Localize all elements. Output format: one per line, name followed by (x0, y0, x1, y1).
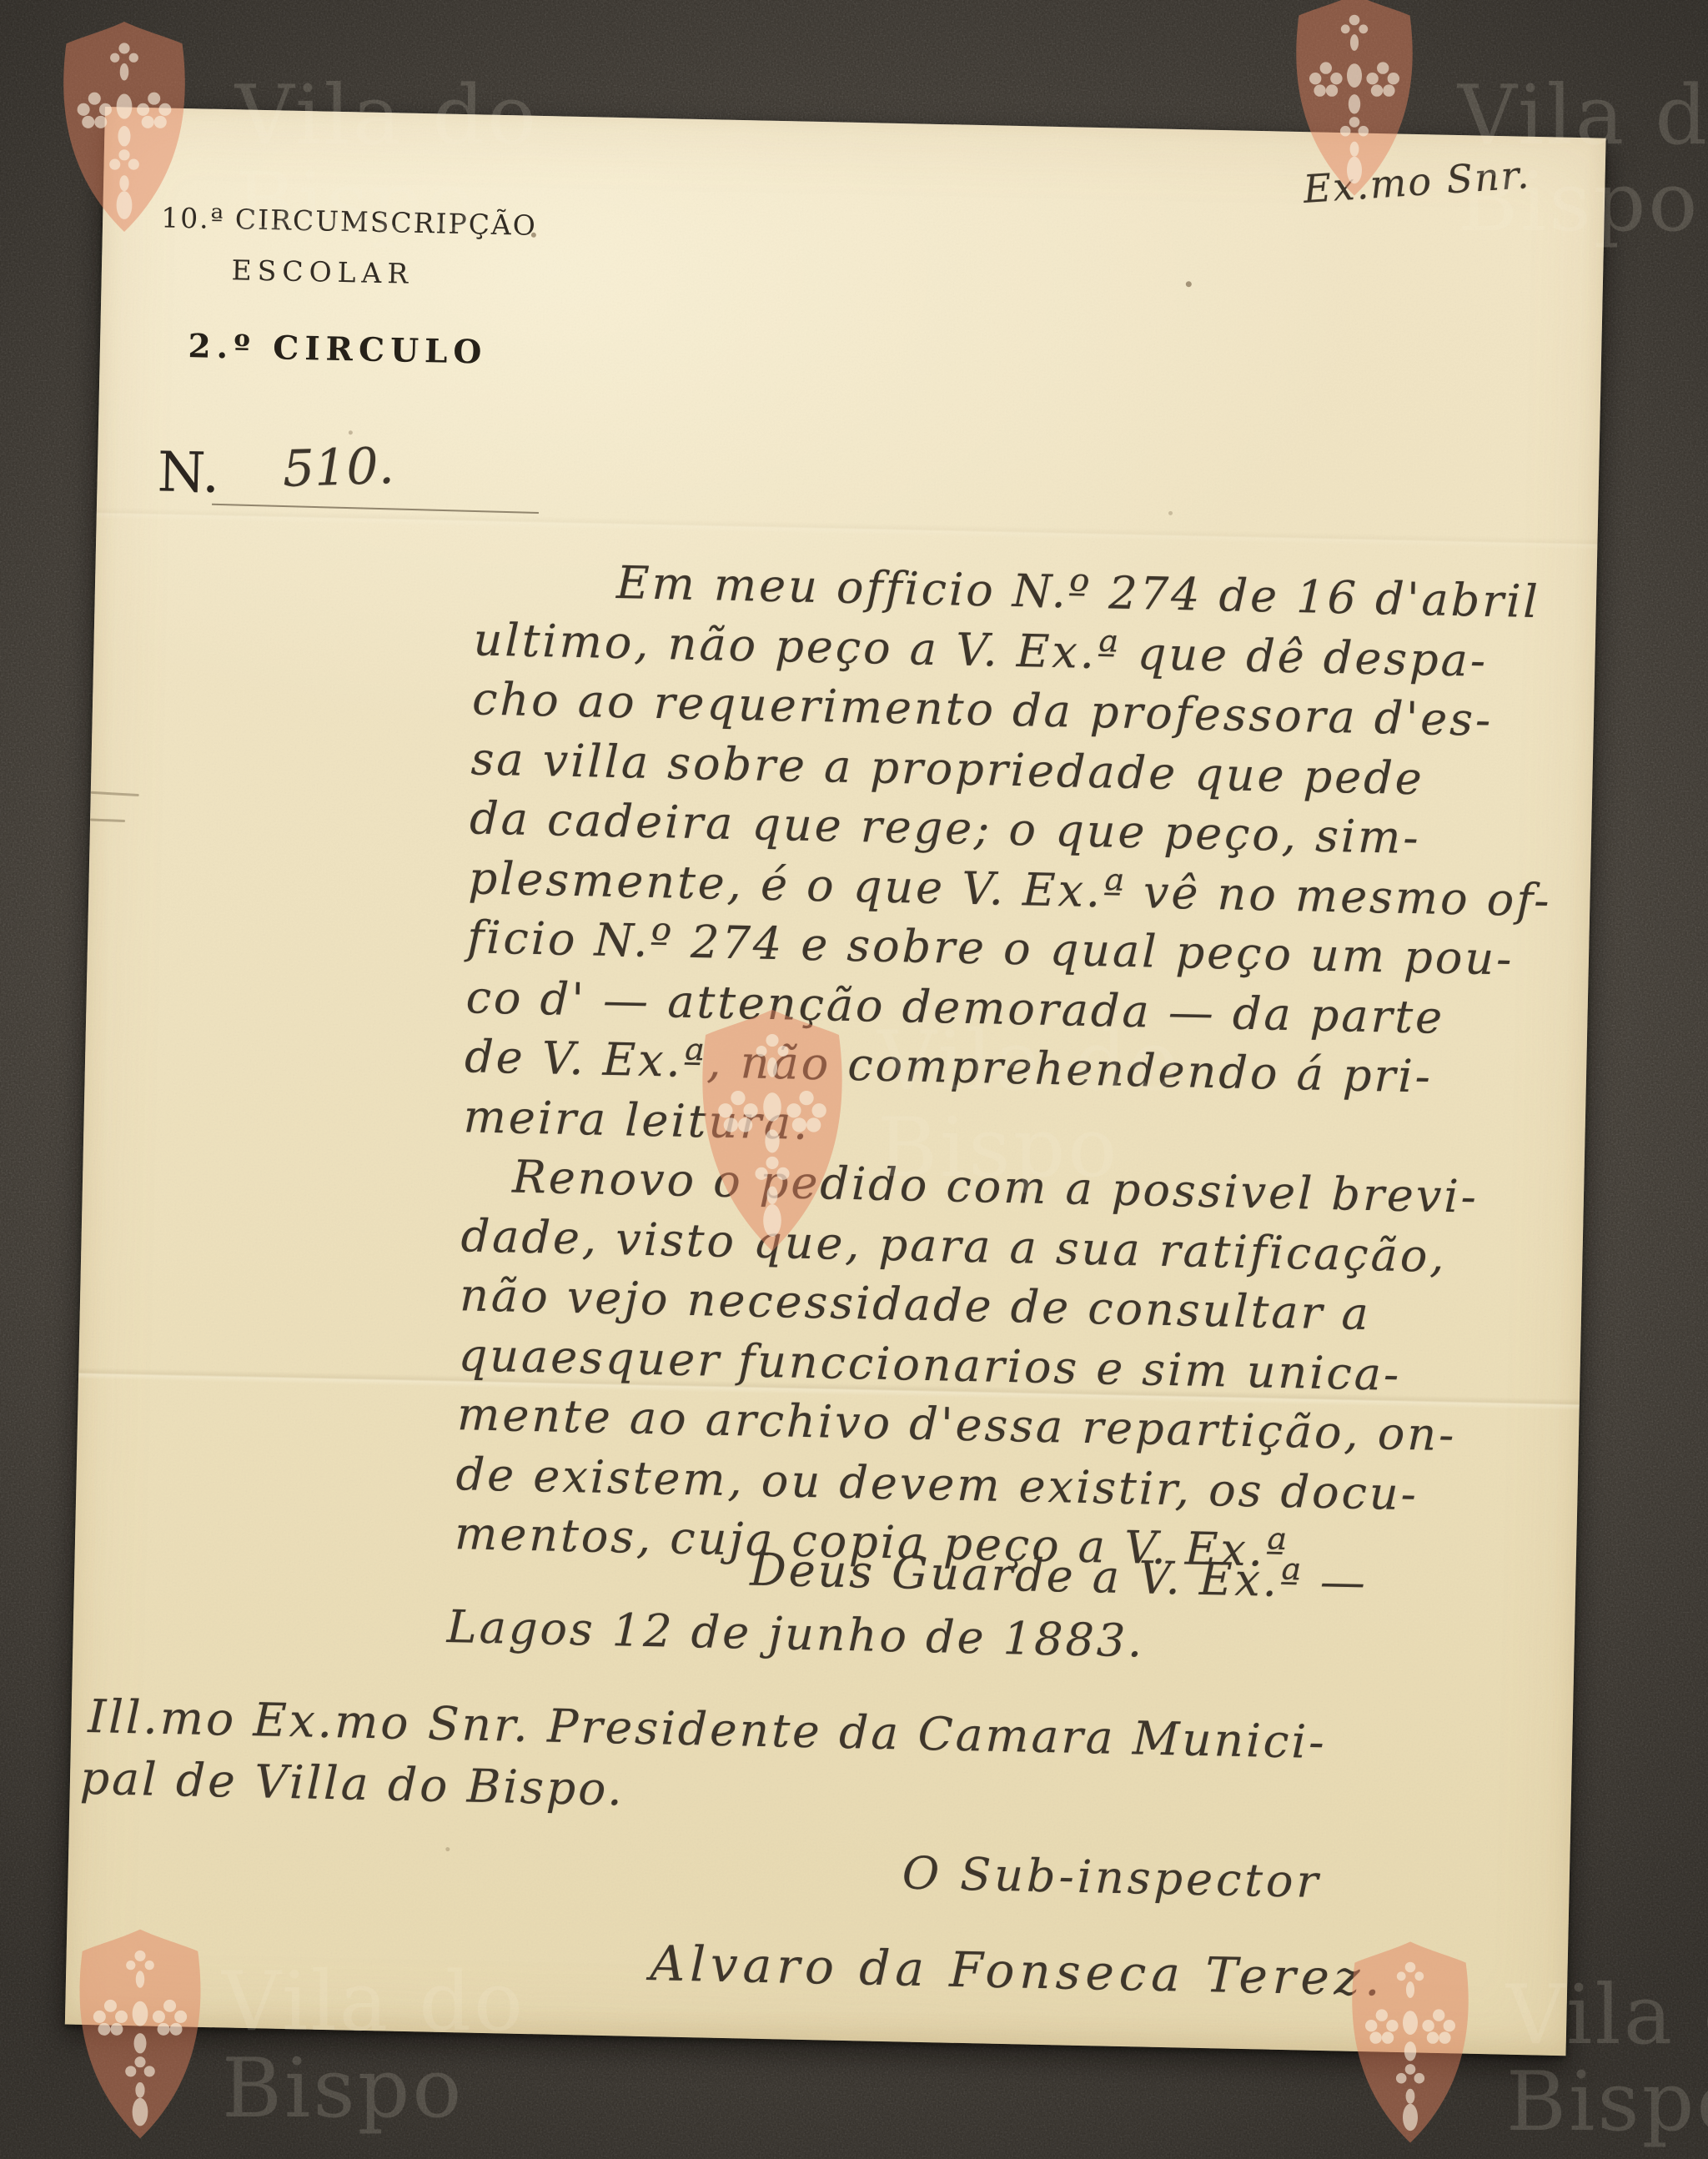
body-line: meira leitura. (463, 1090, 811, 1150)
ink-speck (349, 430, 353, 434)
ink-speck (445, 1847, 450, 1851)
ink-speck (1186, 281, 1192, 287)
signature-title: O Sub-inspector (902, 1846, 1322, 1908)
signature-name: Alvaro da Fonseca Terez. (650, 1935, 1386, 2006)
body-line: da cadeira que rege; o que peço, sim- (470, 791, 1422, 864)
scanned-letter-photo: 10.ª CIRCUMSCRIPÇÃO ESCOLAR 2.º CIRCULO … (0, 0, 1708, 2159)
document-number-rule (212, 504, 539, 514)
letter-body: Em meu officio N.º 274 de 16 d'abrilulti… (105, 107, 1606, 138)
letterhead-circumscription: 10.ª CIRCUMSCRIPÇÃO (161, 201, 487, 240)
paper-fold-nick (91, 791, 139, 796)
document-number-value: 510. (282, 437, 395, 499)
body-line: Em meu officio N.º 274 de 16 d'abril (616, 556, 1541, 628)
document-number-label: N. (157, 439, 220, 505)
watermark-text-line2: Bispo (222, 2046, 525, 2133)
paper-crease (97, 507, 1598, 550)
watermark-text-line2: Bispo (1506, 2060, 1708, 2146)
letter-paper-sheet: 10.ª CIRCUMSCRIPÇÃO ESCOLAR 2.º CIRCULO … (65, 107, 1606, 2056)
letterhead-escolar: ESCOLAR (160, 252, 486, 291)
addressee-line2: pal de Villa do Bispo. (79, 1751, 625, 1816)
paper-fold-nick (90, 818, 125, 822)
letterhead-circle: 2.º CIRCULO (179, 327, 497, 372)
letterhead: 10.ª CIRCUMSCRIPÇÃO ESCOLAR (160, 201, 487, 291)
place-dateline: Lagos 12 de junho de 1883. (446, 1600, 1145, 1668)
body-line: de V. Ex.ª, não comprehendendo á pri- (465, 1030, 1434, 1102)
ink-speck (1168, 511, 1173, 515)
salutation: Ex.mo Snr. (1302, 152, 1532, 212)
body-line: não vejo necessidade de consultar a (460, 1268, 1372, 1340)
body-line: Renovo o pedido com a possivel brevi- (512, 1151, 1479, 1223)
